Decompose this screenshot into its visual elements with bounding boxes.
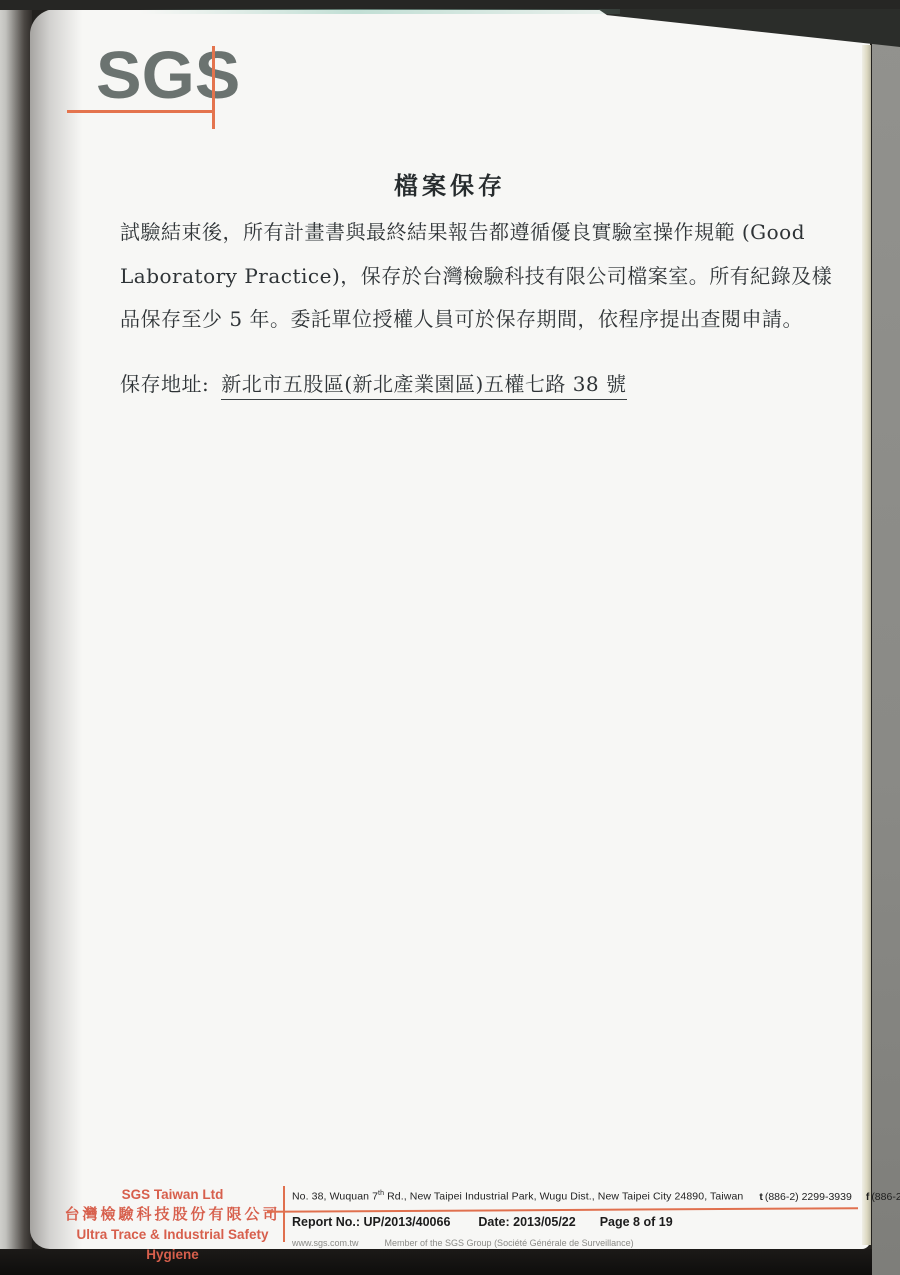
- scanned-report-page: SGS 檔案保存 試驗結束後，所有計畫書與最終結果報告都遵循優良實驗室操作規範 …: [0, 0, 900, 1275]
- storage-address-row: 保存地址:新北市五股區(新北產業園區)五權七路 38 號: [120, 368, 627, 397]
- sgs-logo: SGS: [96, 42, 240, 109]
- storage-address-label: 保存地址:: [120, 372, 209, 396]
- scanner-background-right: [872, 0, 900, 1275]
- book-binding-edge: [0, 0, 32, 1275]
- footer-meta-row: www.sgs.com.tw Member of the SGS Group (…: [292, 1238, 634, 1248]
- footer-company-block: SGS Taiwan Ltd 台灣檢驗科技股份有限公司 Ultra Trace …: [55, 1186, 290, 1265]
- paper-right-edge: [862, 45, 871, 1245]
- storage-address-value: 新北市五股區(新北產業園區)五權七路 38 號: [221, 372, 626, 400]
- footer-company-name-zh: 台灣檢驗科技股份有限公司: [55, 1203, 290, 1225]
- footer-address-row: No. 38, Wuquan 7th Rd., New Taipei Indus…: [292, 1190, 862, 1203]
- footer-division-name: Ultra Trace & Industrial Safety Hygiene: [55, 1225, 290, 1265]
- binding-shadow: [30, 9, 82, 1249]
- footer-telephone: t(886-2) 2299-3939: [759, 1191, 851, 1203]
- footer-street-address: No. 38, Wuquan 7th Rd., New Taipei Indus…: [292, 1190, 743, 1203]
- scan-tint-artifact: [140, 9, 620, 14]
- body-paragraph-line: Laboratory Practice)，保存於台灣檢驗科技有限公司檔案室。所有…: [120, 260, 800, 289]
- logo-underline-rule: [67, 110, 215, 113]
- sgs-group-membership: Member of the SGS Group (Société Général…: [385, 1238, 634, 1248]
- footer-report-row: Report No.: UP/2013/40066 Date: 2013/05/…: [292, 1215, 673, 1229]
- logo-vertical-rule: [212, 46, 215, 129]
- body-paragraph-line: 試驗結束後，所有計畫書與最終結果報告都遵循優良實驗室操作規範 (Good: [120, 216, 800, 245]
- footer-fax: f(886-2) 2298-1338: [866, 1191, 900, 1203]
- body-paragraph-line: 品保存至少 5 年。委託單位授權人員可於保存期間，依程序提出查閱申請。: [120, 303, 800, 332]
- website-url: www.sgs.com.tw: [292, 1238, 359, 1248]
- report-number: Report No.: UP/2013/40066: [292, 1215, 450, 1229]
- document-title: 檔案保存: [120, 166, 780, 201]
- footer-company-name-en: SGS Taiwan Ltd: [55, 1186, 290, 1203]
- footer-vertical-rule: [283, 1186, 285, 1242]
- report-date: Date: 2013/05/22: [478, 1215, 575, 1229]
- page-indicator: Page 8 of 19: [600, 1215, 673, 1229]
